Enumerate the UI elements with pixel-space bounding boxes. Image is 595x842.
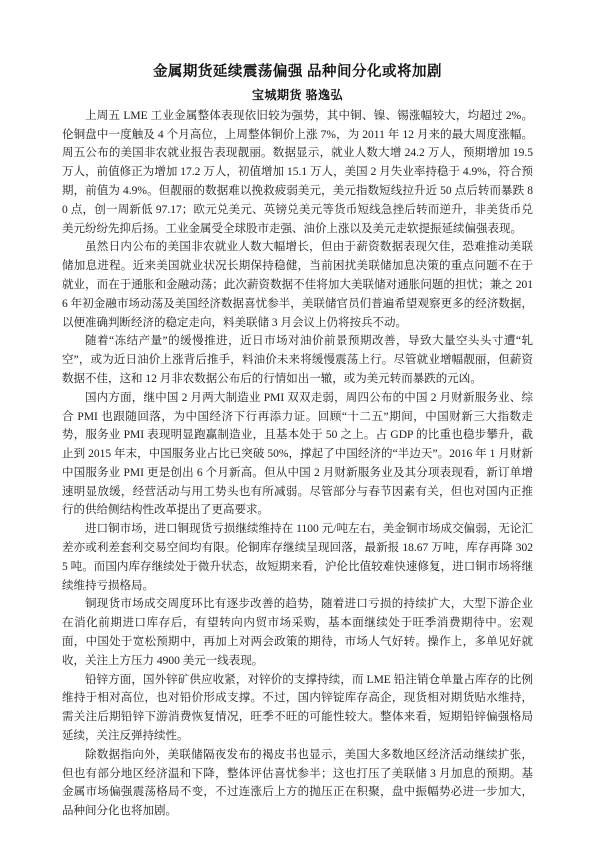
paragraph: 铅锌方面，国外锌矿供应收紧，对锌价的支撑持续，而 LME 铅注销仓单量占库存的比… [62, 671, 533, 746]
document-page: 金属期货延续震荡偏强 品种间分化或将加剧 宝城期货 骆逸弘 上周五 LME 工业… [0, 0, 595, 842]
paragraph: 进口铜市场，进口铜现货亏损继续维持在 1100 元/吨左右，美金铜市场成交偏弱，… [62, 520, 533, 595]
byline: 宝城期货 骆逸弘 [62, 86, 533, 103]
page-title: 金属期货延续震荡偏强 品种间分化或将加剧 [62, 62, 533, 84]
paragraph: 虽然日内公布的美国非农就业人数大幅增长，但由于薪资数据表现欠佳，恐难推动美联储加… [62, 238, 533, 332]
paragraph: 上周五 LME 工业金属整体表现依旧较为强势，其中铜、镍、锡涨幅较大，均超过 2… [62, 107, 533, 239]
document-body: 上周五 LME 工业金属整体表现依旧较为强势，其中铜、镍、锡涨幅较大，均超过 2… [62, 107, 533, 821]
paragraph: 铜现货市场成交周度环比有逐步改善的趋势，随着进口亏损的持续扩大，大型下游企业在消… [62, 595, 533, 670]
paragraph: 除数据指向外，美联储隔夜发布的褐皮书也显示，美国大多数地区经济活动继续扩张，但也… [62, 746, 533, 821]
paragraph: 随着“冻结产量”的缓慢推进，近日市场对油价前景预期改善，导致大量空头头寸遭“轧空… [62, 332, 533, 388]
paragraph: 国内方面，继中国 2 月两大制造业 PMI 双双走弱，周四公布的中国 2 月财新… [62, 389, 533, 521]
